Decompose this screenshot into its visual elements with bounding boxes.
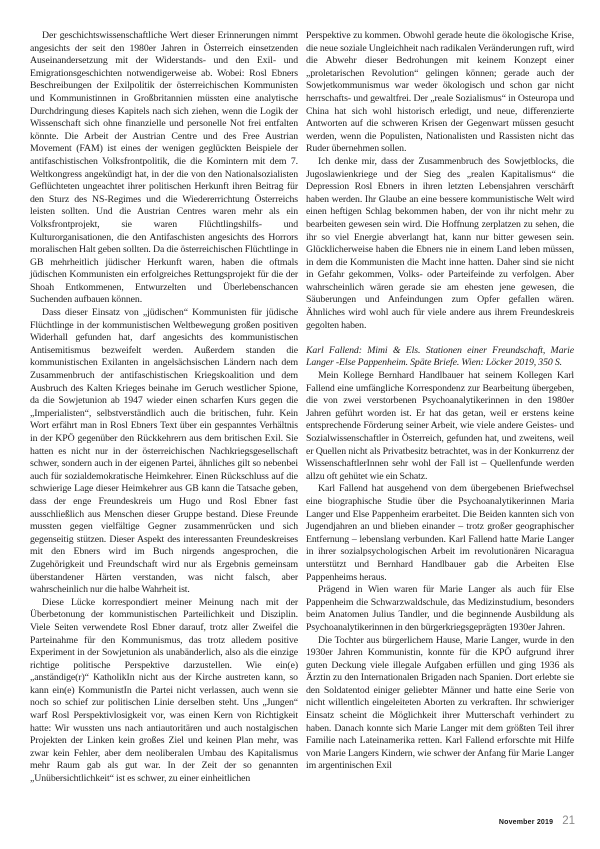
paragraph-handlbauer-korrespondenz: Mein Kollege Bernhard Handlbauer hat sei… [306, 370, 574, 483]
paragraph-historical-value: Der geschichtswissenschaftliche Wert die… [30, 30, 298, 307]
paragraph-juedische-kommunisten: Dass dieser Einsatz von „jüdischen“ Komm… [30, 307, 298, 597]
paragraph-wien-praegung: Prägend in Wien waren für Marie Langer a… [306, 584, 574, 634]
text-column-right: Perspektive zu kommen. Obwohl gerade heu… [306, 30, 574, 786]
book-citation-karl-fallend: Karl Fallend: Mimi & Els. Stationen eine… [306, 345, 574, 370]
paragraph-perspektive-continuation: Perspektive zu kommen. Obwohl gerade heu… [306, 30, 574, 156]
journal-review-page: Der geschichtswissenschaftliche Wert die… [0, 0, 600, 849]
page-footer: November 2019 21 [499, 815, 575, 827]
paragraph-biographische-studie: Karl Fallend hat ausgehend von dem überg… [306, 483, 574, 584]
two-column-text-block: Der geschichtswissenschaftliche Wert die… [30, 30, 575, 786]
text-column-left: Der geschichtswissenschaftliche Wert die… [30, 30, 298, 786]
footer-page-number: 21 [562, 815, 575, 827]
paragraph-parteilichkeit-disziplin: Diese Lücke korrespondiert meiner Meinun… [30, 597, 298, 786]
paragraph-sowjetblock-depression: Ich denke mir, dass der Zusammenbruch de… [306, 156, 574, 332]
paragraph-marie-langer-biografie: Die Tochter aus bürgerlichem Hause, Mari… [306, 635, 574, 774]
footer-issue-date: November 2019 [499, 819, 553, 826]
